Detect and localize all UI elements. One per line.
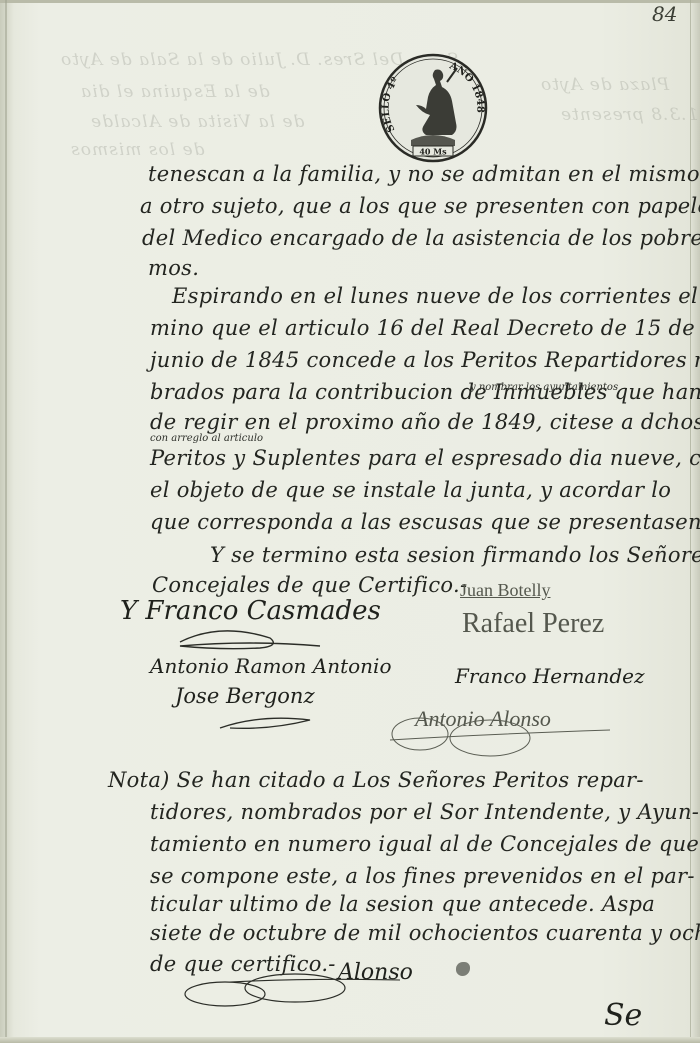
nota-line: siete de octubre de mil ochocientos cuar…: [150, 921, 700, 945]
signature-left: Y Franco Casmades: [120, 596, 381, 626]
stamp-text-bottom: 40 Ms: [419, 147, 447, 157]
ghost-text: 1.3.8 presente: [560, 105, 698, 125]
signature-left: Antonio Ramon Antonio: [150, 654, 391, 678]
body-line: tenescan a la familia, y no se admitan e…: [148, 162, 700, 186]
interlinear-note: con arreglo al articulo: [150, 433, 263, 444]
catchword: Se: [604, 998, 642, 1033]
stamp-seal-icon: SELLO 4º AÑO 1848 40 Ms: [377, 52, 489, 164]
ghost-text: de la Visita de Alcalde: [90, 112, 304, 132]
manuscript-page: Sres. Del Sres. D. Julio de la Sala de A…: [0, 0, 700, 1043]
nota-line: Nota) Se han citado a Los Señores Perito…: [108, 768, 644, 792]
ghost-text: Plaza de Ayto: [540, 75, 669, 95]
nota-line: se compone este, a los fines prevenidos …: [150, 864, 695, 888]
nota-line: tidores, nombrados por el Sor Intendente…: [150, 800, 699, 824]
nota-line: tamiento en numero igual al de Concejale…: [150, 832, 699, 856]
signature-flourish-icon: [170, 624, 370, 654]
body-line: mino que el articulo 16 del Real Decreto…: [150, 316, 695, 340]
body-line: a otro sujeto, que a los que se presente…: [140, 194, 700, 218]
ghost-text: de los mismos: [70, 140, 205, 160]
signature-flourish-icon: [210, 712, 330, 736]
body-line: Concejales de que Certifico.-: [152, 573, 467, 597]
body-line: Y se termino esta sesion firmando los Se…: [210, 543, 700, 567]
body-line: de regir en el proximo año de 1849, cite…: [150, 410, 700, 434]
binding-edge: [5, 0, 7, 1043]
body-line: Espirando en el lunes nueve de los corri…: [172, 284, 700, 308]
signature-flourish-icon: [170, 966, 410, 1016]
nota-line: ticular ultimo de la sesion que antecede…: [150, 892, 655, 916]
page-bottom-edge: [0, 1037, 700, 1043]
body-line: el objeto de que se instale la junta, y …: [150, 478, 671, 502]
signature-left: Jose Bergonz: [175, 684, 315, 708]
signature-right: Rafael Perez: [462, 608, 604, 640]
ink-blot: [456, 962, 470, 976]
signature-right: Franco Hernandez: [455, 664, 645, 688]
body-line: junio de 1845 concede a los Peritos Repa…: [150, 348, 700, 372]
ghost-text: de la Esquina el dia: [80, 82, 270, 102]
folio-number: 84: [652, 2, 677, 26]
body-line: que corresponda a las escusas que se pre…: [150, 510, 700, 534]
body-line: mos.: [148, 256, 199, 280]
signature-flourish-icon: [380, 700, 620, 760]
body-line: Peritos y Suplentes para el espresado di…: [150, 446, 700, 470]
interlinear-note: y nombrar los ayuntamientos: [470, 382, 618, 393]
page-top-edge: [0, 0, 700, 3]
signature-right: Juan Botelly: [460, 580, 551, 601]
body-line: del Medico encargado de la asistencia de…: [142, 226, 700, 250]
